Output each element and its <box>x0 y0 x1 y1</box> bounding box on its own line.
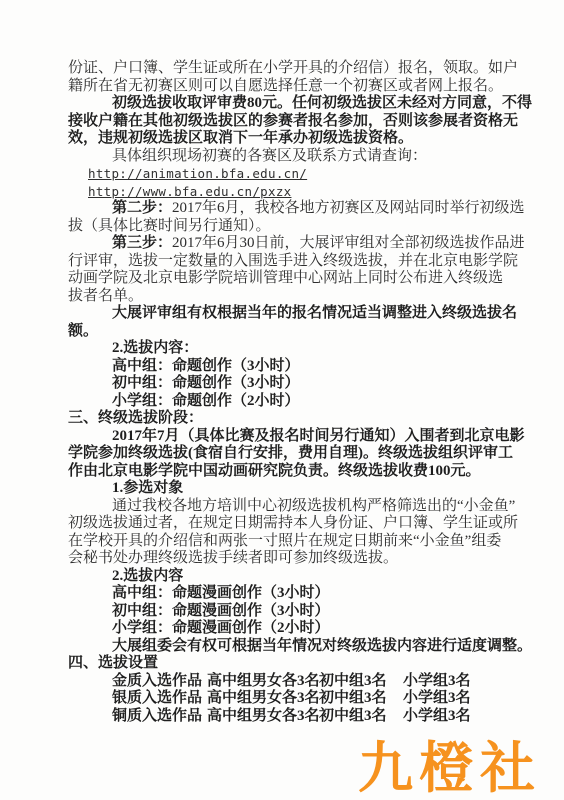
document-line: 会秘书处办理终级选拔手续者即可参加终级选拔。 <box>68 550 518 568</box>
document-line: 大展组委会有权可根据当年情况对终级选拔内容进行适度调整。 <box>68 638 518 656</box>
document-line: 学院参加终级选拔(食宿自行安排，费用自理)。终级选拔组织评审工 <box>68 445 518 463</box>
list-heading: 2.选拔内容 <box>68 568 518 586</box>
document-line: 初级选拔收取评审费80元。任何初级选拔区未经对方同意，不得 <box>68 95 518 113</box>
prize-quota: 高中组男女各3名 <box>207 690 319 708</box>
prize-name: 银质入选作品 <box>112 690 207 708</box>
group-item: 高中组：命题创作（3小时） <box>68 358 518 376</box>
document-line: 具体组织现场初赛的各赛区及联系方式请查询： <box>68 148 518 166</box>
prize-row: 金质入选作品高中组男女各3名初中组3名小学组3名 <box>68 673 518 691</box>
document-line: 2017年7月（具体比赛及报名时间另行通知）入围者到北京电影 <box>68 428 518 446</box>
document-line: 拔者名单。 <box>68 288 518 306</box>
prize-row: 铜质入选作品高中组男女各3名初中组3名小学组3名 <box>68 708 518 726</box>
prize-row: 银质入选作品高中组男女各3名初中组3名小学组3名 <box>68 690 518 708</box>
group-item: 高中组：命题漫画创作（3小时） <box>68 585 518 603</box>
section-heading: 四、选拔设置 <box>68 655 518 673</box>
prize-quota: 小学组3名 <box>403 708 471 726</box>
prize-quota: 初中组3名 <box>319 690 403 708</box>
prize-quota: 小学组3名 <box>403 673 471 691</box>
document-line: 动画学院及北京电影学院培训管理中心网站上同时公布进入终级选 <box>68 270 518 288</box>
section-heading: 三、终级选拔阶段： <box>68 410 518 428</box>
document-line: 作由北京电影学院中国动画研究院负责。终级选拔收费100元。 <box>68 463 518 481</box>
document-line: 效，违规初级选拔区取消下一年承办初级选拔资格。 <box>68 130 518 148</box>
list-heading: 1.参选对象 <box>68 480 518 498</box>
document-line: 第二步：2017年6月，我校各地方初赛区及网站同时举行初级选 <box>68 200 518 218</box>
step-label: 第二步： <box>112 200 172 216</box>
group-item: 初中组：命题漫画创作（3小时） <box>68 603 518 621</box>
document-line: 份证、户口簿、学生证或所在小学开具的介绍信）报名，领取。如户 <box>68 60 518 78</box>
url-line: http://www.bfa.edu.cn/pxzx <box>68 183 518 201</box>
url-line: http://animation.bfa.edu.cn/ <box>68 165 518 183</box>
document-line: 初级选拔通过者，在规定日期需持本人身份证、户口簿、学生证或所 <box>68 515 518 533</box>
prize-quota: 高中组男女各3名 <box>207 673 319 691</box>
document-text: 份证、户口簿、学生证或所在小学开具的介绍信）报名，领取。如户 籍所在省无初赛区则… <box>68 60 518 725</box>
prize-name: 金质入选作品 <box>112 673 207 691</box>
prize-quota: 初中组3名 <box>319 708 403 726</box>
watermark-logo: 九橙社 <box>358 724 541 800</box>
document-page: 份证、户口簿、学生证或所在小学开具的介绍信）报名，领取。如户 籍所在省无初赛区则… <box>0 0 564 800</box>
document-line: 拔（具体比赛时间另行通知）。 <box>68 218 518 236</box>
step-label: 第三步： <box>112 235 172 251</box>
group-item: 小学组：命题漫画创作（2小时） <box>68 620 518 638</box>
document-line: 行评审，选拔一定数量的入围选手进入终级选拔，并在北京电影学院 <box>68 253 518 271</box>
prize-quota: 初中组3名 <box>319 673 403 691</box>
list-heading: 2.选拔内容： <box>68 340 518 358</box>
group-item: 初中组：命题创作（3小时） <box>68 375 518 393</box>
document-line: 接收户籍在其他初级选拔区的参赛者报名参加，否则该参展者资格无 <box>68 113 518 131</box>
document-line: 通过我校各地方培训中心初级选拔机构严格筛选出的“小金鱼” <box>68 498 518 516</box>
document-line: 第三步：2017年6月30日前，大展评审组对全部初级选拔作品进 <box>68 235 518 253</box>
document-line: 在学校开具的介绍信和两张一寸照片在规定日期前来“小金鱼”组委 <box>68 533 518 551</box>
document-line: 额。 <box>68 323 518 341</box>
document-line: 籍所在省无初赛区则可以自愿选择任意一个初赛区或者网上报名。 <box>68 78 518 96</box>
prize-name: 铜质入选作品 <box>112 708 207 726</box>
group-item: 小学组：命题创作（2小时） <box>68 393 518 411</box>
document-line-text: 2017年6月30日前，大展评审组对全部初级选拔作品进 <box>172 235 525 251</box>
document-line-text: 2017年6月，我校各地方初赛区及网站同时举行初级选 <box>172 200 525 216</box>
prize-quota: 高中组男女各3名 <box>207 708 319 726</box>
document-line: 大展评审组有权根据当年的报名情况适当调整进入终级选拔名 <box>68 305 518 323</box>
prize-quota: 小学组3名 <box>403 690 471 708</box>
